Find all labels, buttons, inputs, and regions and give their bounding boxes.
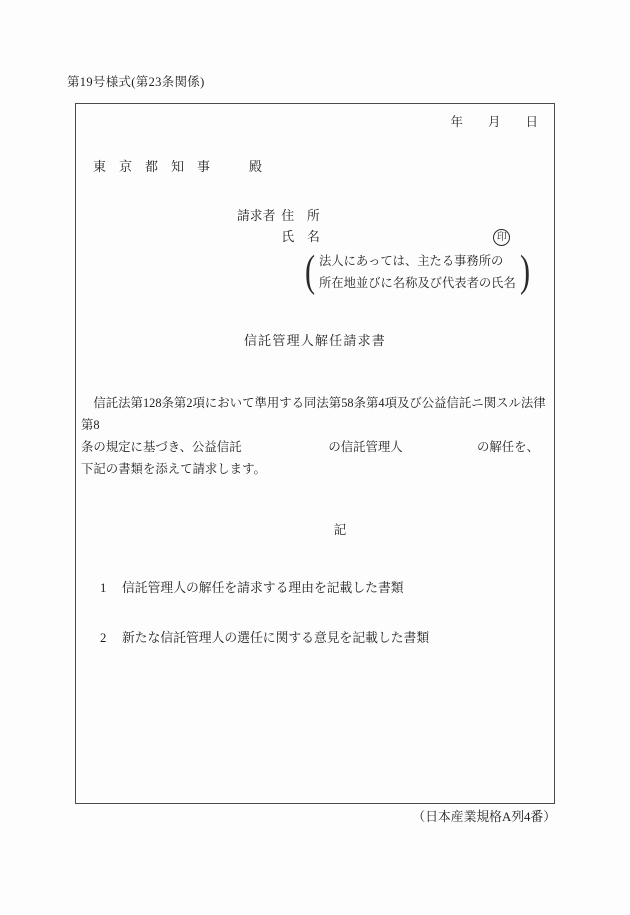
attachment-list: 1信託管理人の解任を請求する理由を記載した書類 2新たな信託管理人の選任に関する… — [76, 579, 554, 647]
note-line-1: 法人にあっては、主たる事務所の — [319, 250, 516, 272]
requester-fields: 住 所 氏 名 印 — [281, 206, 319, 248]
form-number-label: 第19号様式(第23条関係) — [67, 74, 205, 91]
paper-size-note: （日本産業規格A列4番） — [412, 809, 556, 826]
addressee-line: 東 京 都 知 事 殿 — [76, 158, 554, 176]
requester-block: 請求者 住 所 氏 名 印 — [76, 206, 554, 248]
item-text: 新たな信託管理人の選任に関する意見を記載した書類 — [122, 631, 429, 645]
name-label: 氏 名 — [281, 230, 319, 244]
document-frame: 年 月 日 東 京 都 知 事 殿 請求者 住 所 氏 名 印 ( 法人にあって… — [75, 103, 555, 804]
body-line-3: 下記の書類を添えて請求します。 — [81, 458, 549, 480]
item-number: 2 — [100, 629, 122, 647]
note-line-2: 所在地並びに名称及び代表者の氏名 — [319, 272, 516, 294]
name-row: 氏 名 印 — [281, 227, 319, 248]
body-line-1: 信託法第128条第2項において準用する同法第58条第4項及び公益信託ニ関スル法律… — [81, 392, 549, 436]
document-page: 第19号様式(第23条関係) 年 月 日 東 京 都 知 事 殿 請求者 住 所… — [0, 0, 630, 915]
document-title: 信託管理人解任請求書 — [76, 332, 554, 350]
open-paren-icon: ( — [305, 249, 315, 295]
requester-label: 請求者 — [237, 206, 275, 248]
address-label: 住 所 — [281, 206, 319, 227]
date-line: 年 月 日 — [76, 113, 554, 131]
corporation-note: ( 法人にあっては、主たる事務所の 所在地並びに名称及び代表者の氏名 ) — [76, 250, 554, 294]
item-text: 信託管理人の解任を請求する理由を記載した書類 — [122, 581, 404, 595]
corporation-note-text: 法人にあっては、主たる事務所の 所在地並びに名称及び代表者の氏名 — [317, 250, 518, 294]
list-item: 2新たな信託管理人の選任に関する意見を記載した書類 — [76, 629, 554, 647]
body-line-2: 条の規定に基づき、公益信託 の信託管理人 の解任を、 — [81, 436, 549, 458]
item-number: 1 — [100, 579, 122, 597]
body-paragraph: 信託法第128条第2項において準用する同法第58条第4項及び公益信託ニ関スル法律… — [76, 392, 554, 480]
ki-heading: 記 — [76, 521, 554, 539]
list-item: 1信託管理人の解任を請求する理由を記載した書類 — [76, 579, 554, 597]
close-paren-icon: ) — [520, 249, 530, 295]
seal-icon: 印 — [493, 229, 510, 246]
